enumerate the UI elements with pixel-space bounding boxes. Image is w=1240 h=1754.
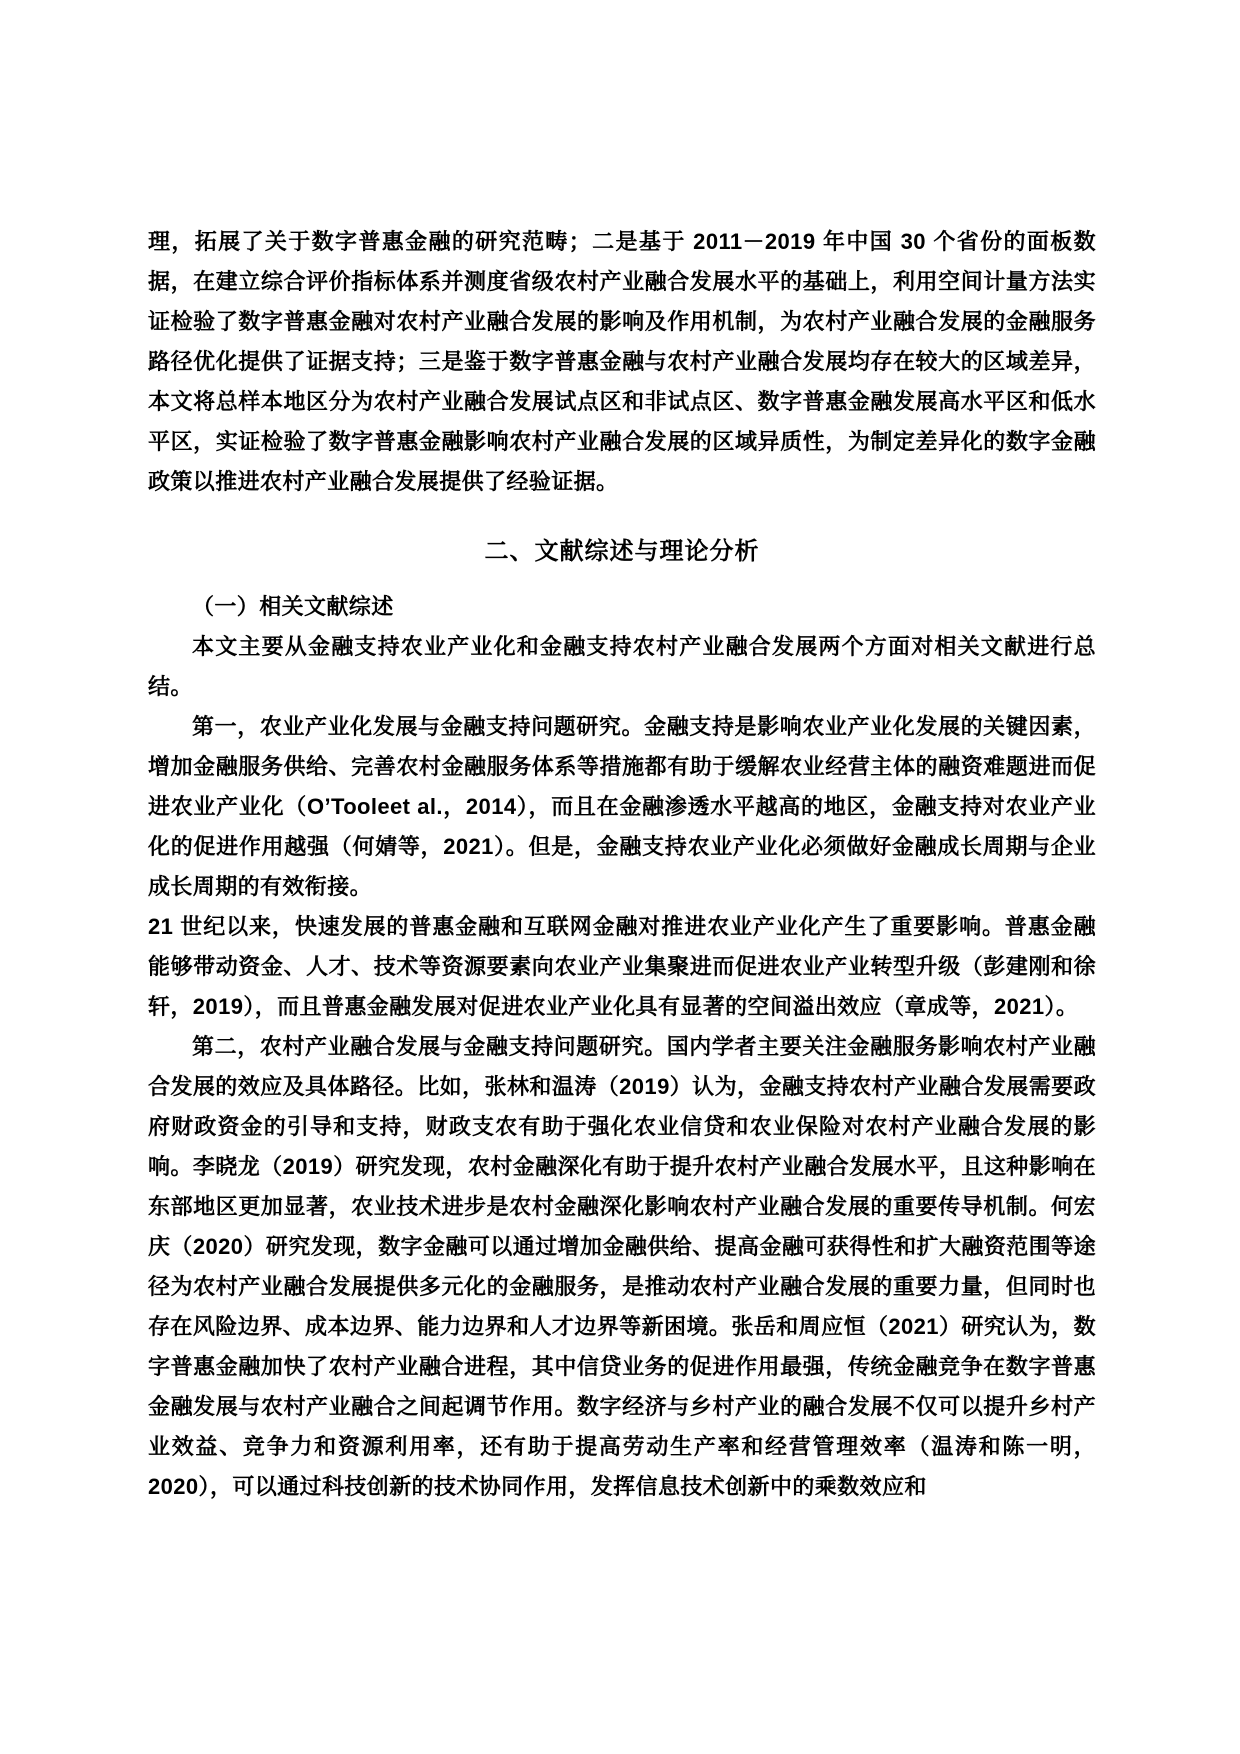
paragraph-second-topic: 第二，农村产业融合发展与金融支持问题研究。国内学者主要关注金融服务影响农村产业融… — [148, 1027, 1096, 1507]
subsection-heading-related-literature: （一）相关文献综述 — [148, 587, 1096, 627]
section-heading-literature-review: 二、文献综述与理论分析 — [148, 532, 1096, 572]
paper-page: 理，拓展了关于数字普惠金融的研究范畴；二是基于 2011－2019 年中国 30… — [0, 0, 1240, 1754]
paragraph-21st-century: 21 世纪以来，快速发展的普惠金融和互联网金融对推进农业产业化产生了重要影响。普… — [148, 907, 1096, 1027]
paragraph-continuation: 理，拓展了关于数字普惠金融的研究范畴；二是基于 2011－2019 年中国 30… — [148, 222, 1096, 502]
paragraph-literature-intro: 本文主要从金融支持农业产业化和金融支持农村产业融合发展两个方面对相关文献进行总结… — [148, 627, 1096, 707]
paragraph-first-topic: 第一，农业产业化发展与金融支持问题研究。金融支持是影响农业产业化发展的关键因素，… — [148, 707, 1096, 907]
